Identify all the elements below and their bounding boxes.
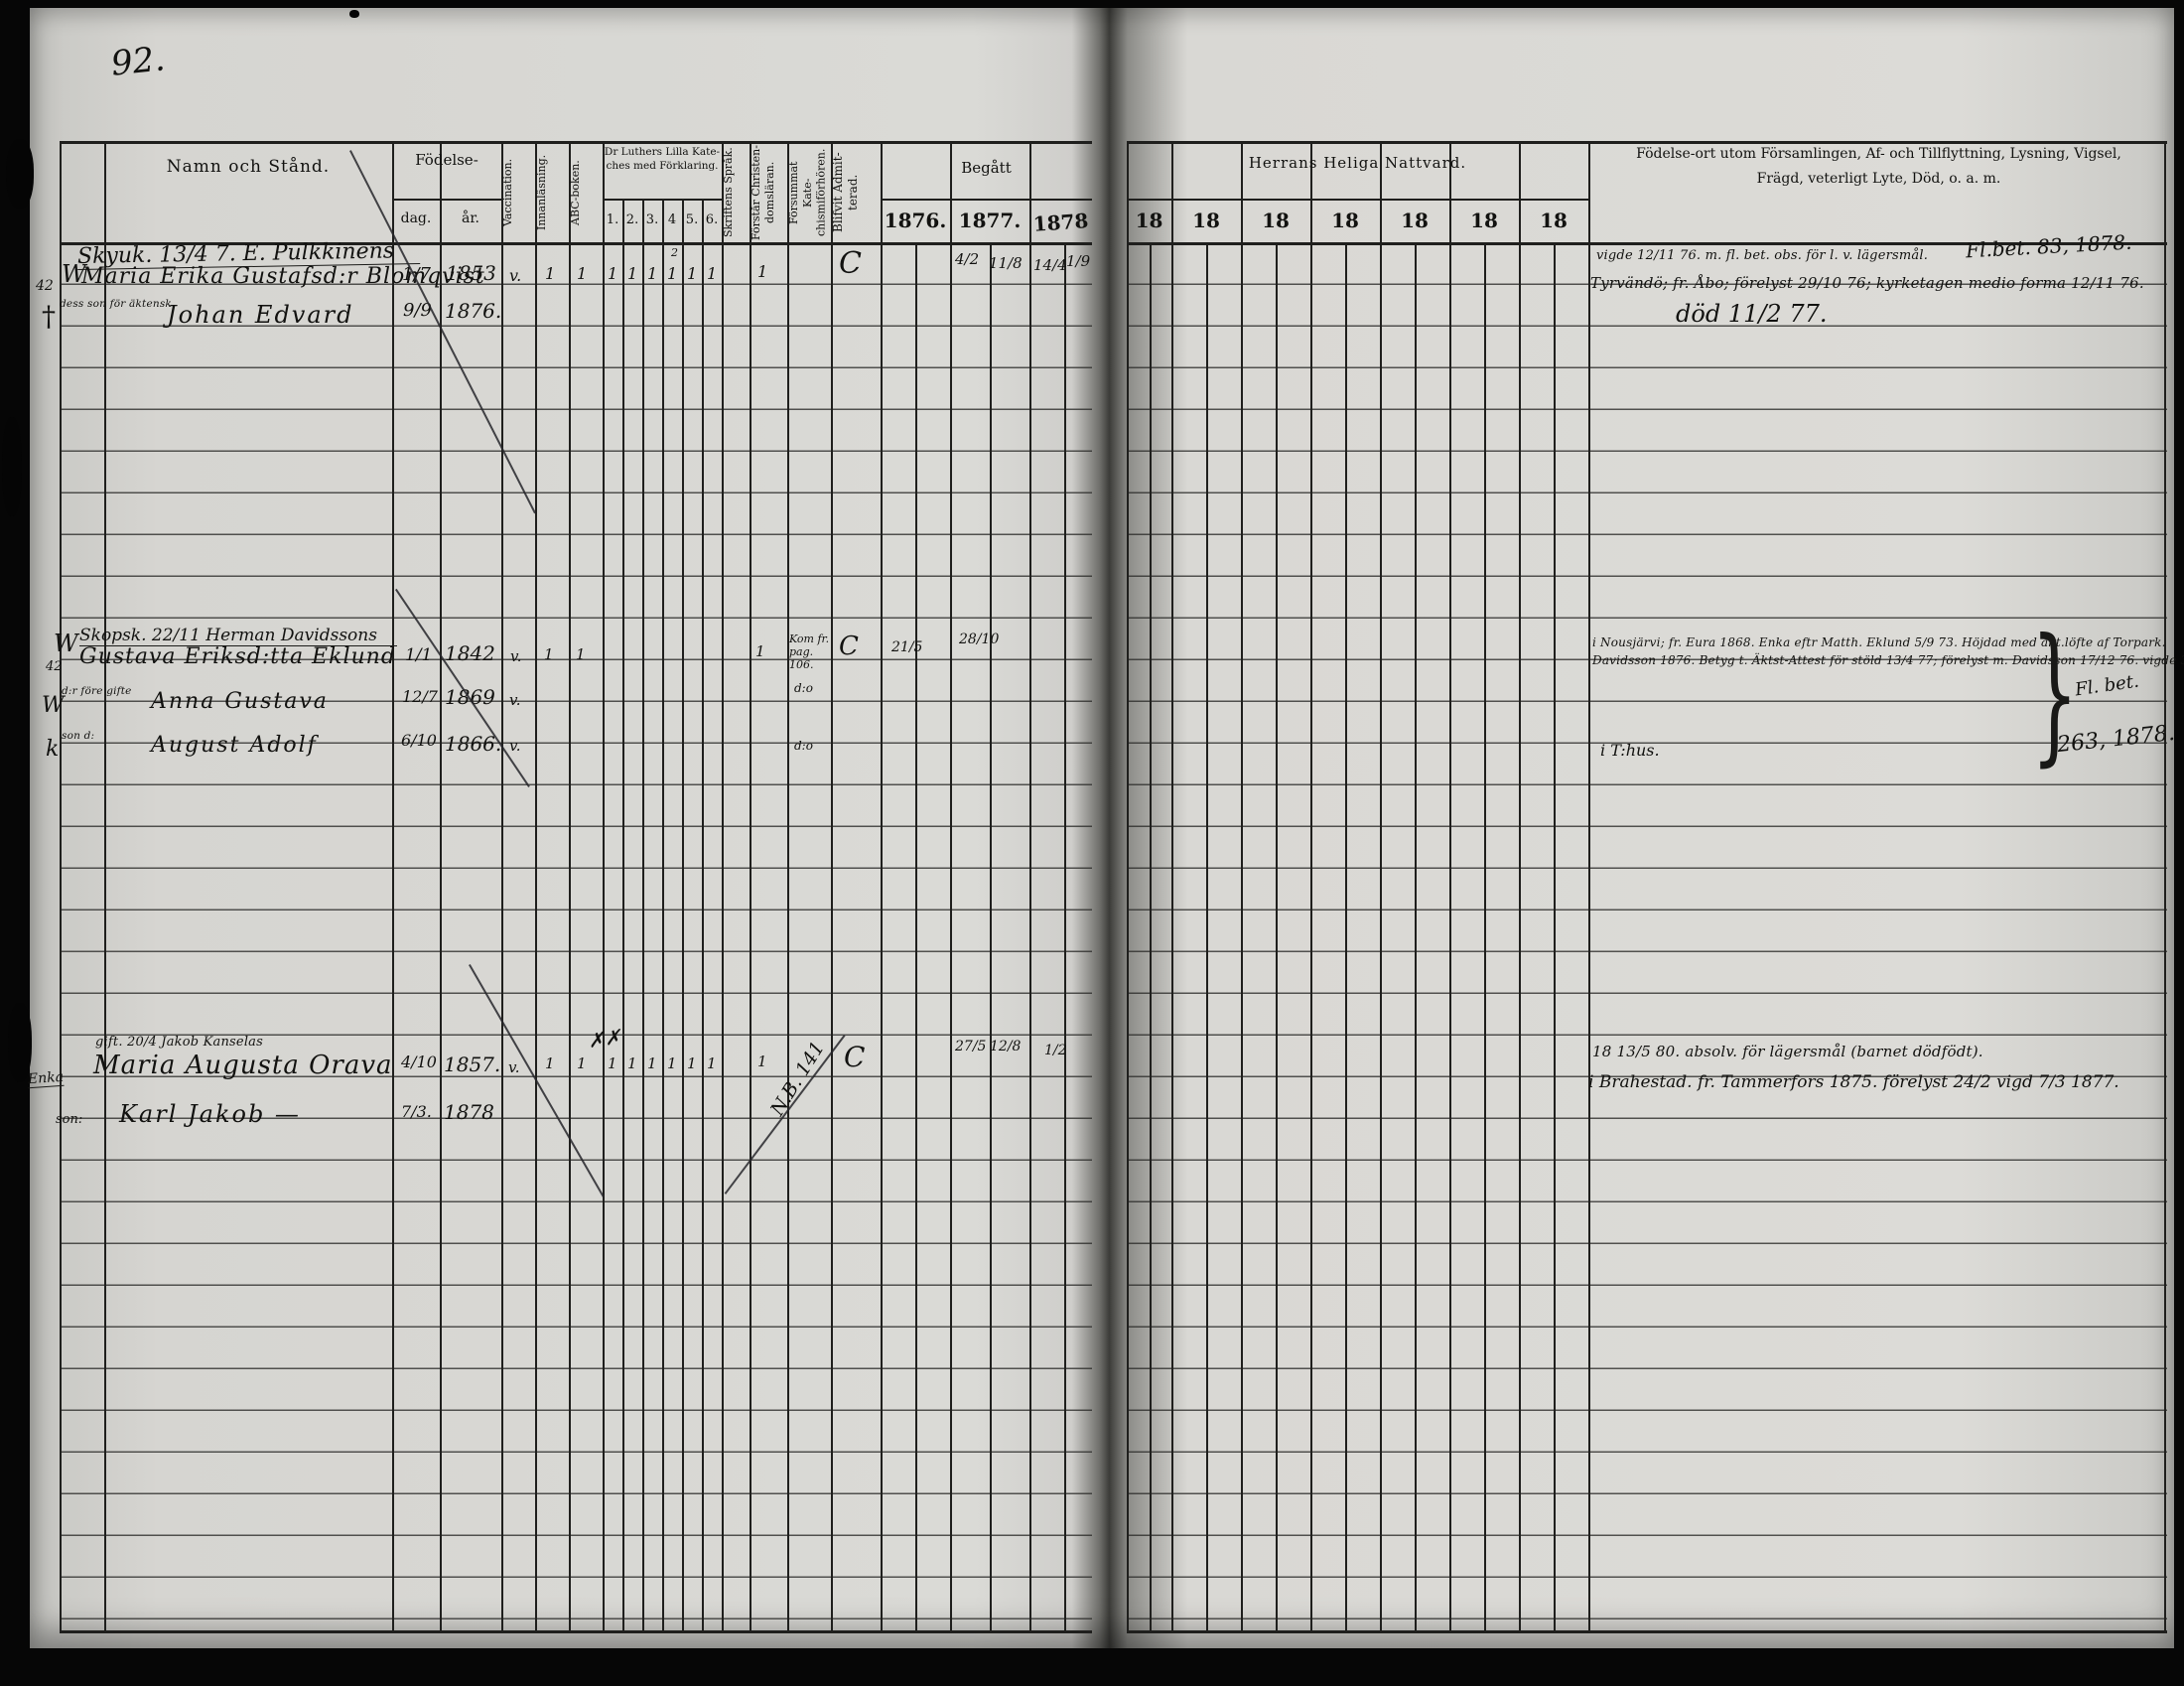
grid-horizontal-line bbox=[60, 141, 1092, 144]
header-namn-och-stand: Namn och Stånd. bbox=[104, 157, 392, 177]
header-nattvard: Herrans Heliga Nattvard. bbox=[1127, 154, 1588, 172]
notes-text: i Nousjärvi; fr. Eura 1868. Enka eftr Ma… bbox=[1592, 635, 2166, 649]
notes-text: Davidsson 1876. Betyg t. Äktst-Attest fö… bbox=[1592, 653, 2184, 667]
admitted-mark: C bbox=[839, 632, 859, 661]
grid-vertical-line bbox=[1484, 243, 1486, 1630]
vaccination-mark: v. bbox=[510, 647, 521, 665]
grid-vertical-line bbox=[440, 141, 442, 1630]
header-vaccination: Vaccination. bbox=[501, 145, 535, 240]
grid-vertical-line bbox=[1127, 141, 1129, 1630]
grid-vertical-line bbox=[501, 141, 503, 1630]
household-heading: Skopsk. 22/11 Herman Davidssons bbox=[79, 626, 397, 646]
margin-mark: 42 bbox=[36, 278, 54, 294]
header-katekes-6: 6. bbox=[702, 212, 722, 227]
person-name: Karl Jakob — bbox=[119, 1100, 301, 1128]
death-note: död 11/2 77. bbox=[1676, 300, 1828, 328]
grid-vertical-line bbox=[569, 141, 571, 1630]
margin-mark: W bbox=[54, 630, 78, 657]
katekes-mark: 1 bbox=[608, 264, 617, 283]
grid-horizontal-line bbox=[603, 199, 722, 201]
header-year-1878: 1878 bbox=[1028, 209, 1093, 236]
vaccination-mark: v. bbox=[509, 691, 520, 709]
katekes-mark: 1 bbox=[707, 264, 717, 283]
grid-vertical-line bbox=[1554, 243, 1556, 1630]
grid-vertical-line bbox=[702, 199, 704, 1630]
vaccination-mark: v. bbox=[509, 737, 520, 755]
header-katekes-5: 5. bbox=[682, 212, 702, 227]
notes-text: i T:hus. bbox=[1600, 741, 1660, 760]
grid-vertical-line bbox=[750, 141, 751, 1630]
katekes-mark: 1 bbox=[647, 264, 657, 283]
page-number: 92. bbox=[109, 39, 167, 83]
grid-vertical-line bbox=[104, 141, 106, 1630]
grid-vertical-line bbox=[1588, 141, 1590, 1630]
scan-edge-artifact bbox=[349, 10, 359, 18]
relation-note: dess son för äktensk. bbox=[60, 298, 176, 310]
ditto-mark: d:o bbox=[794, 739, 813, 753]
grid-vertical-line bbox=[1206, 243, 1208, 1630]
grid-vertical-line bbox=[950, 141, 952, 1630]
header-skriftens-sprak: Skriftens Språk. bbox=[722, 145, 750, 240]
birth-year: 1853 bbox=[446, 261, 496, 285]
katekes-mark: 1 bbox=[687, 264, 697, 283]
katekes-mark: 1 bbox=[667, 264, 677, 283]
communion-date: 1/9 bbox=[1066, 252, 1090, 270]
person-name: Gustava Eriksd:tta Eklund bbox=[79, 644, 396, 669]
header-year-1876: 1876. bbox=[881, 209, 950, 232]
grid-horizontal-line bbox=[1127, 1630, 2167, 1633]
grid-horizontal-line bbox=[881, 199, 1092, 201]
grid-vertical-line bbox=[1519, 141, 1521, 1630]
header-katekes-3: 3. bbox=[642, 212, 662, 227]
scan-edge-artifact bbox=[2, 417, 22, 516]
grid-vertical-line bbox=[1380, 141, 1382, 1630]
person-name: Anna Gustava bbox=[151, 689, 329, 714]
header-begatt: Begått bbox=[881, 159, 1092, 177]
ruled-rows-left-page bbox=[60, 243, 1092, 1630]
notes-text: 18 13/5 80. absolv. för lägersmål (barne… bbox=[1592, 1043, 1983, 1060]
margin-mark: Enka bbox=[27, 1069, 64, 1088]
communion-date: 12/8 bbox=[990, 1039, 1021, 1054]
reading-mark: 1 bbox=[544, 645, 554, 663]
grid-horizontal-line bbox=[1127, 141, 2167, 144]
header-dag: dag. bbox=[392, 211, 440, 226]
katekes-mark: 1 bbox=[707, 1054, 717, 1072]
grid-horizontal-line bbox=[60, 1630, 1092, 1633]
person-name: August Adolf bbox=[151, 733, 318, 758]
margin-mark: k bbox=[46, 737, 59, 762]
birth-day: 1/1 bbox=[405, 645, 432, 665]
communion-date: 4/2 bbox=[955, 250, 979, 268]
birth-day: 4/10 bbox=[401, 1053, 437, 1071]
header-abc-boken: ABC-boken. bbox=[569, 145, 603, 240]
household-heading: gift. 20/4 Jakob Kanselas bbox=[95, 1035, 263, 1050]
birth-day: 7/3. bbox=[401, 1102, 432, 1121]
katekes-mark: 1 bbox=[627, 264, 637, 283]
header-year-blank-2: 18 bbox=[1171, 209, 1241, 232]
birth-day: 6/10 bbox=[401, 731, 437, 750]
header-innanlasning: Innanläsning. bbox=[535, 145, 569, 240]
vaccination-mark: v. bbox=[508, 1058, 519, 1076]
ruled-rows-right-page bbox=[1127, 243, 2167, 1630]
grid-horizontal-line bbox=[392, 199, 501, 201]
admitted-mark: C bbox=[844, 1041, 865, 1073]
grid-vertical-line bbox=[682, 199, 684, 1630]
header-fodelse: Födelse- bbox=[392, 151, 501, 169]
ditto-mark: d:o bbox=[794, 681, 813, 695]
scan-edge-artifact bbox=[8, 1003, 32, 1082]
page-reference-note: Kom fr. pag. 106. bbox=[789, 632, 837, 672]
grid-vertical-line bbox=[1029, 141, 1031, 1630]
grid-vertical-line bbox=[1171, 141, 1173, 1630]
margin-mark: 42 bbox=[46, 659, 63, 674]
communion-date: 28/10 bbox=[959, 632, 999, 647]
grid-horizontal-line bbox=[1127, 199, 1588, 201]
reading-mark: 1 bbox=[545, 264, 555, 283]
christendom-mark: 1 bbox=[757, 262, 767, 281]
header-year-blank-6: 18 bbox=[1449, 209, 1519, 232]
grid-vertical-line bbox=[535, 141, 537, 1630]
relation-note: son: bbox=[56, 1112, 82, 1127]
grid-vertical-line bbox=[662, 199, 664, 1630]
grid-vertical-line bbox=[392, 141, 394, 1630]
header-year-blank-4: 18 bbox=[1310, 209, 1380, 232]
header-year-blank-7: 18 bbox=[1519, 209, 1588, 232]
communion-date: 1/2 bbox=[1044, 1043, 1067, 1058]
person-name: Maria Augusta Orava bbox=[93, 1051, 393, 1080]
relation-note: son d: bbox=[62, 730, 94, 742]
grid-vertical-line bbox=[787, 141, 789, 1630]
header-forstar-christendomslaran: Förstår Christen-domsläran. bbox=[750, 145, 787, 240]
person-name: Johan Edvard bbox=[167, 301, 354, 329]
header-year-blank-3: 18 bbox=[1241, 209, 1310, 232]
christendom-mark: 1 bbox=[757, 1053, 767, 1070]
header-year-blank-1: 18 bbox=[1127, 209, 1171, 232]
header-katekes: Dr Luthers Lilla Kate-ches med Förklarin… bbox=[603, 145, 722, 173]
communion-date: 11/8 bbox=[989, 254, 1023, 272]
header-year-blank-5: 18 bbox=[1380, 209, 1449, 232]
grid-vertical-line bbox=[722, 141, 724, 1630]
admitted-mark: C bbox=[839, 246, 862, 281]
header-katekes-2: 2. bbox=[622, 212, 642, 227]
grid-vertical-line bbox=[603, 141, 605, 1630]
communion-date: 21/5 bbox=[891, 639, 922, 655]
grid-vertical-line bbox=[1150, 243, 1152, 1630]
christendom-mark: 1 bbox=[755, 642, 765, 660]
grid-vertical-line bbox=[915, 243, 917, 1630]
header-year-1877: 1877. bbox=[950, 209, 1029, 232]
grid-vertical-line bbox=[831, 141, 833, 1630]
header-notes-line1: Födelse-ort utom Församlingen, Af- och T… bbox=[1588, 146, 2169, 162]
katekes-mark: 1 bbox=[667, 1054, 677, 1072]
header-katekes-1: 1. bbox=[603, 212, 622, 227]
header-katekes-4: 4 bbox=[662, 212, 682, 227]
grid-vertical-line bbox=[1415, 243, 1417, 1630]
grid-vertical-line bbox=[990, 243, 992, 1630]
crossed-out-scribble: ✗✗ bbox=[586, 1025, 622, 1053]
grid-vertical-line bbox=[1345, 243, 1347, 1630]
grid-vertical-line bbox=[1276, 243, 1278, 1630]
reading-mark: 1 bbox=[545, 1054, 555, 1072]
birth-year: 1842 bbox=[445, 641, 495, 665]
communion-date: 14/4 bbox=[1033, 256, 1067, 274]
header-notes-line2: Frägd, veterligt Lyte, Död, o. a. m. bbox=[1588, 171, 2169, 187]
grid-vertical-line bbox=[622, 199, 624, 1630]
header-blifvit-admitterad: Blifvit Admit-terad. bbox=[831, 145, 881, 240]
relation-note: d:r före gifte bbox=[62, 685, 132, 697]
notes-text: vigde 12/11 76. m. fl. bet. obs. för l. … bbox=[1596, 248, 1928, 263]
katekes-superscript: 2 bbox=[671, 246, 678, 259]
abc-mark: 1 bbox=[577, 264, 587, 283]
katekes-mark: 1 bbox=[687, 1054, 697, 1072]
abc-mark: 1 bbox=[576, 645, 586, 663]
grid-vertical-line bbox=[1449, 141, 1451, 1630]
katekes-mark: 1 bbox=[608, 1054, 617, 1072]
abc-mark: 1 bbox=[577, 1054, 587, 1072]
grid-vertical-line bbox=[1064, 243, 1066, 1630]
death-cross-mark: † bbox=[42, 300, 56, 333]
birth-year: 1876. bbox=[445, 299, 501, 323]
header-forsummat-katechismiforhoren: Försummat Kate-chismiförhören. bbox=[787, 145, 831, 240]
header-ar: år. bbox=[440, 211, 501, 226]
birth-day: 12/7 bbox=[402, 687, 438, 706]
grid-vertical-line bbox=[1310, 141, 1312, 1630]
grid-vertical-line bbox=[1241, 141, 1243, 1630]
katekes-mark: 1 bbox=[647, 1054, 657, 1072]
scan-edge-artifact bbox=[6, 139, 34, 209]
vaccination-mark: v. bbox=[509, 266, 521, 285]
grid-vertical-line bbox=[60, 141, 62, 1630]
grid-vertical-line bbox=[642, 199, 644, 1630]
grid-vertical-line bbox=[881, 141, 883, 1630]
birth-year: 1878 bbox=[444, 1100, 494, 1124]
notes-text: Tyrvändö; fr. Åbo; förelyst 29/10 76; ky… bbox=[1590, 274, 2144, 292]
communion-date: 27/5 bbox=[955, 1039, 986, 1054]
notes-text: i Brahestad. fr. Tammerfors 1875. förely… bbox=[1588, 1072, 2119, 1092]
grid-vertical-line bbox=[2164, 141, 2166, 1630]
scanned-parish-register-spread: 92. Namn och Stånd. Födelse- dag. år. Va… bbox=[0, 0, 2184, 1686]
katekes-mark: 1 bbox=[627, 1054, 637, 1072]
birth-year: 1857. bbox=[444, 1053, 500, 1076]
